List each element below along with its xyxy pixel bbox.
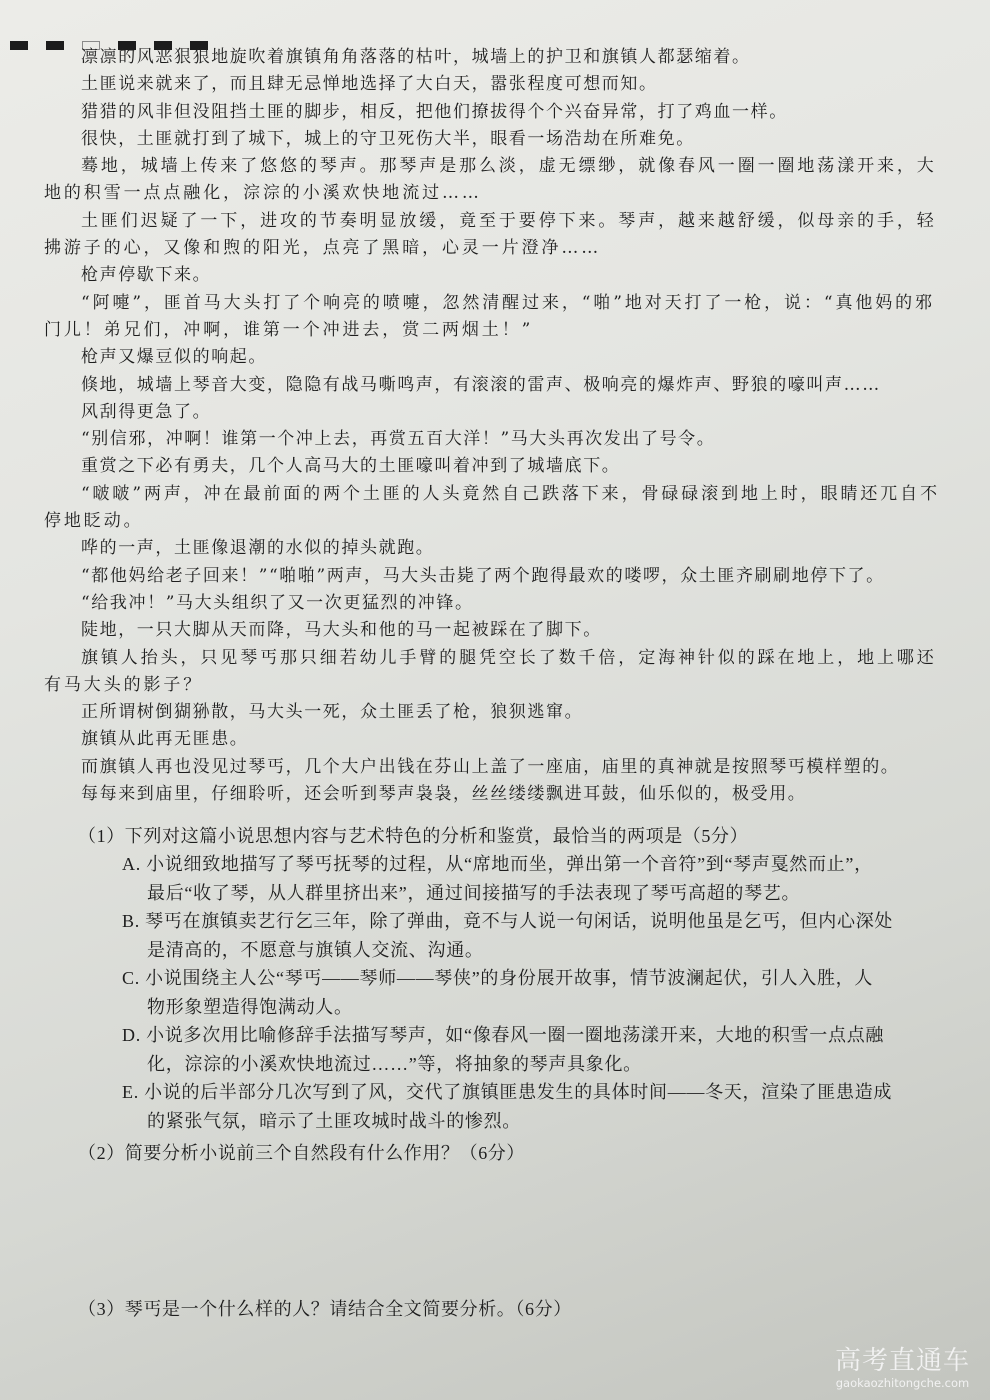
question-3: （3）琴丐是一个什么样的人？请结合全文简要分析。（6分） [78,1295,572,1321]
option-text-continued: 化，淙淙的小溪欢快地流过……”等，将抽象的琴声具象化。 [122,1050,968,1079]
option-letter: D. [122,1025,141,1045]
watermark-url: gaokaozhitongche.com [835,1376,970,1390]
option-letter: B. [122,911,140,931]
story-paragraph: 哗的一声，土匪像退潮的水似的掉头就跑。 [44,535,944,562]
option-letter: A. [122,854,141,874]
watermark-title: 高考直通车 [835,1346,970,1376]
question-2: （2）简要分析小说前三个自然段有什么作用？（6分） [78,1139,968,1167]
story-paragraph: 凛凛的风恶狠狠地旋吹着旗镇角角落落的枯叶，城墙上的护卫和旗镇人都瑟缩着。 [44,44,944,71]
story-paragraph: 每每来到庙里，仔细聆听，还会听到琴声袅袅，丝丝缕缕飘进耳鼓，仙乐似的，极受用。 [44,781,944,808]
story-paragraph: 土匪说来就来了，而且肆无忌惮地选择了大白天，嚣张程度可想而知。 [44,71,944,98]
option-text: 小说细致地描写了琴丐抚琴的过程，从“席地而坐，弹出第一个音符”到“琴声戛然而止”… [146,854,873,874]
story-paragraph: 枪声停歇下来。 [44,262,944,289]
story-paragraph: 正所谓树倒猢狲散，马大头一死，众土匪丢了枪，狼狈逃窜。 [44,699,944,726]
option-text: 小说围绕主人公“琴丐——琴师——琴侠”的身份展开故事，情节波澜起伏，引人入胜，人 [145,968,873,988]
story-paragraph: “给我冲！”马大头组织了又一次更猛烈的冲锋。 [44,590,944,617]
story-paragraph: 陡地，一只大脚从天而降，马大头和他的马一起被踩在了脚下。 [44,617,944,644]
option-letter: C. [122,968,140,988]
option-b: B. 琴丐在旗镇卖艺行乞三年，除了弹曲，竟不与人说一句闲话，说明他虽是乞丐，但内… [122,907,968,964]
story-paragraph: “啵啵”两声，冲在最前面的两个土匪的人头竟然自己跌落下来，骨碌碌滚到地上时，眼睛… [44,481,944,536]
story-paragraph: 旗镇从此再无匪患。 [44,726,944,753]
question-1: （1）下列对这篇小说思想内容与艺术特色的分析和鉴赏，最恰当的两项是（5分） [78,822,968,850]
option-a: A. 小说细致地描写了琴丐抚琴的过程，从“席地而坐，弹出第一个音符”到“琴声戛然… [122,850,968,907]
story-passage: 凛凛的风恶狠狠地旋吹着旗镇角角落落的枯叶，城墙上的护卫和旗镇人都瑟缩着。 土匪说… [44,44,944,808]
story-paragraph: “别信邪，冲啊！谁第一个冲上去，再赏五百大洋！”马大头再次发出了号令。 [44,426,944,453]
option-e: E. 小说的后半部分几次写到了风，交代了旗镇匪患发生的具体时间——冬天，渲染了匪… [122,1078,968,1135]
story-paragraph: 土匪们迟疑了一下，进攻的节奏明显放缓，竟至于要停下来。琴声，越来越舒缓，似母亲的… [44,208,944,263]
story-paragraph: “阿嚏”，匪首马大头打了个响亮的喷嚏，忽然清醒过来，“啪”地对天打了一枪，说：“… [44,290,944,345]
option-text-continued: 物形象塑造得饱满动人。 [122,993,968,1022]
story-paragraph: “都他妈给老子回来！”“啪啪”两声，马大头击毙了两个跑得最欢的喽啰，众土匪齐刷刷… [44,563,944,590]
option-text: 小说多次用比喻修辞手法描写琴声，如“像春风一圈一圈地荡漾开来，大地的积雪一点点融 [146,1025,884,1045]
story-paragraph: 风刮得更急了。 [44,399,944,426]
story-paragraph: 枪声又爆豆似的响起。 [44,344,944,371]
questions-section: （1）下列对这篇小说思想内容与艺术特色的分析和鉴赏，最恰当的两项是（5分） A.… [78,822,968,1167]
story-paragraph: 很快，土匪就打到了城下，城上的守卫死伤大半，眼看一场浩劫在所难免。 [44,126,944,153]
story-paragraph: 而旗镇人再也没见过琴丐，几个大户出钱在芬山上盖了一座庙，庙里的真神就是按照琴丐模… [44,754,944,781]
exam-page: 凛凛的风恶狠狠地旋吹着旗镇角角落落的枯叶，城墙上的护卫和旗镇人都瑟缩着。 土匪说… [0,0,990,1400]
option-text-continued: 的紧张气氛，暗示了土匪攻城时战斗的惨烈。 [122,1107,968,1136]
story-paragraph: 猎猎的风非但没阻挡土匪的脚步，相反，把他们撩拔得个个兴奋异常，打了鸡血一样。 [44,99,944,126]
option-text: 小说的后半部分几次写到了风，交代了旗镇匪患发生的具体时间——冬天，渲染了匪患造成 [144,1082,892,1102]
site-watermark: 高考直通车 gaokaozhitongche.com [835,1346,970,1390]
story-paragraph: 重赏之下必有勇夫，几个人高马大的土匪嚎叫着冲到了城墙底下。 [44,453,944,480]
filled-square-mark [10,41,28,50]
option-c: C. 小说围绕主人公“琴丐——琴师——琴侠”的身份展开故事，情节波澜起伏，引人入… [122,964,968,1021]
option-text-continued: 是清高的，不愿意与旗镇人交流、沟通。 [122,936,968,965]
option-d: D. 小说多次用比喻修辞手法描写琴声，如“像春风一圈一圈地荡漾开来，大地的积雪一… [122,1021,968,1078]
option-text: 琴丐在旗镇卖艺行乞三年，除了弹曲，竟不与人说一句闲话，说明他虽是乞丐，但内心深处 [145,911,893,931]
option-text-continued: 最后“收了琴，从人群里挤出来”，通过间接描写的手法表现了琴丐高超的琴艺。 [122,879,968,908]
option-letter: E. [122,1082,139,1102]
story-paragraph: 旗镇人抬头，只见琴丐那只细若幼儿手臂的腿凭空长了数千倍，定海神针似的踩在地上，地… [44,645,944,700]
story-paragraph: 倏地，城墙上琴音大变，隐隐有战马嘶鸣声，有滚滚的雷声、极响亮的爆炸声、野狼的嚎叫… [44,372,944,399]
story-paragraph: 蓦地，城墙上传来了悠悠的琴声。那琴声是那么淡，虚无缥缈，就像春风一圈一圈地荡漾开… [44,153,944,208]
